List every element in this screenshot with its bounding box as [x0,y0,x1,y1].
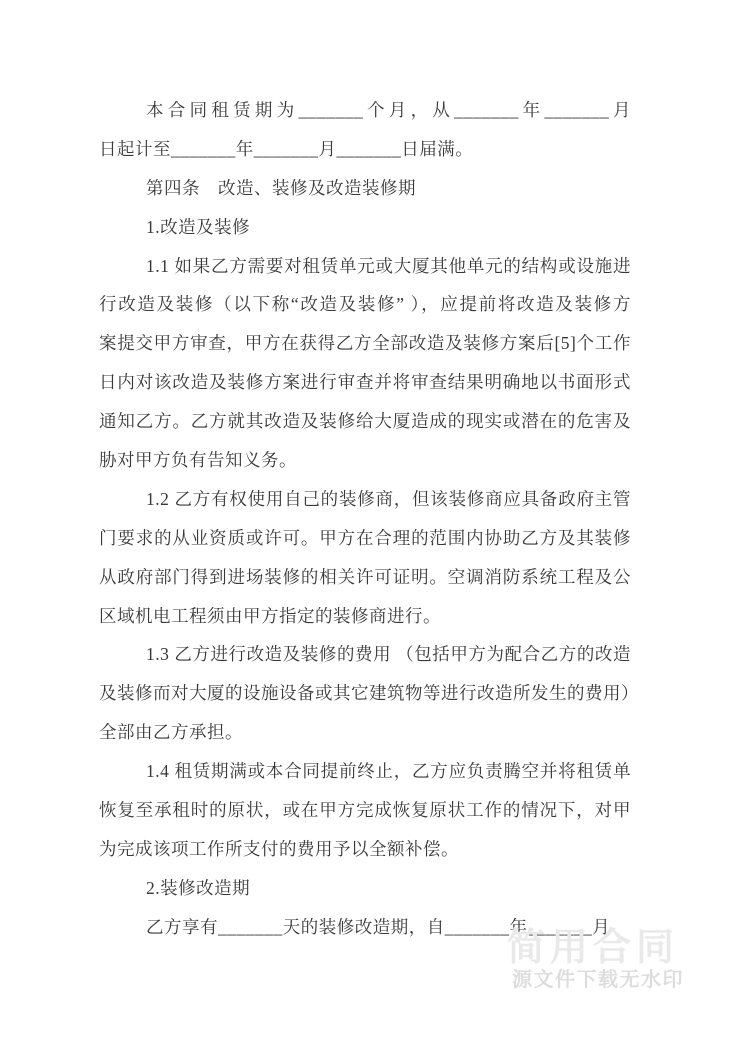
section-heading: 2.装修改造期 [99,869,631,908]
contract-line: 日起计至_______年_______月_______日届满。 [99,130,631,169]
contract-line: 及装修而对大厦的设施设备或其它建筑物等进行改造所发生的费用） [99,674,631,713]
contract-line: 区域机电工程须由甲方指定的装修商进行。 [99,597,631,636]
contract-body: 本合同租赁期为_______个月，从_______年_______月______… [99,91,631,947]
article-heading: 第四条 改造、装修及改造装修期 [99,169,631,208]
contract-line: 1.3 乙方进行改造及装修的费用 （包括甲方为配合乙方的改造 [99,635,631,674]
contract-line: 门要求的从业资质或许可。甲方在合理的范围内协助乙方及其装修商 [99,519,631,558]
contract-line: 案提交甲方审查，甲方在获得乙方全部改造及装修方案后[5]个工作 [99,324,631,363]
contract-line: 乙方享有_______天的装修改造期，自_______年_______月 [99,908,631,947]
contract-line: 1.2 乙方有权使用自己的装修商，但该装修商应具备政府主管部 [99,480,631,519]
contract-line: 为完成该项工作所支付的费用予以全额补偿。 [99,830,631,869]
contract-line: 恢复至承租时的原状，或在甲方完成恢复原状工作的情况下，对甲方 [99,791,631,830]
section-heading: 1.改造及装修 [99,208,631,247]
contract-line: 1.4 租赁期满或本合同提前终止，乙方应负责腾空并将租赁单元 [99,752,631,791]
watermark-subtitle-text: 源文件下载无水印 [512,963,684,992]
contract-line: 胁对甲方负有告知义务。 [99,441,631,480]
contract-document-page: 本合同租赁期为_______个月，从_______年_______月______… [0,0,742,1049]
contract-line: 全部由乙方承担。 [99,713,631,752]
contract-line: 行改造及装修（以下称“改造及装修” ），应提前将改造及装修方 [99,285,631,324]
contract-line: 本合同租赁期为_______个月，从_______年_______月______… [99,91,631,130]
contract-line: 1.1 如果乙方需要对租赁单元或大厦其他单元的结构或设施进 [99,247,631,286]
contract-line: 从政府部门得到进场装修的相关许可证明。空调消防系统工程及公共 [99,558,631,597]
contract-line: 通知乙方。乙方就其改造及装修给大厦造成的现实或潜在的危害及威 [99,402,631,441]
contract-line: 日内对该改造及装修方案进行审查并将审查结果明确地以书面形式 [99,363,631,402]
